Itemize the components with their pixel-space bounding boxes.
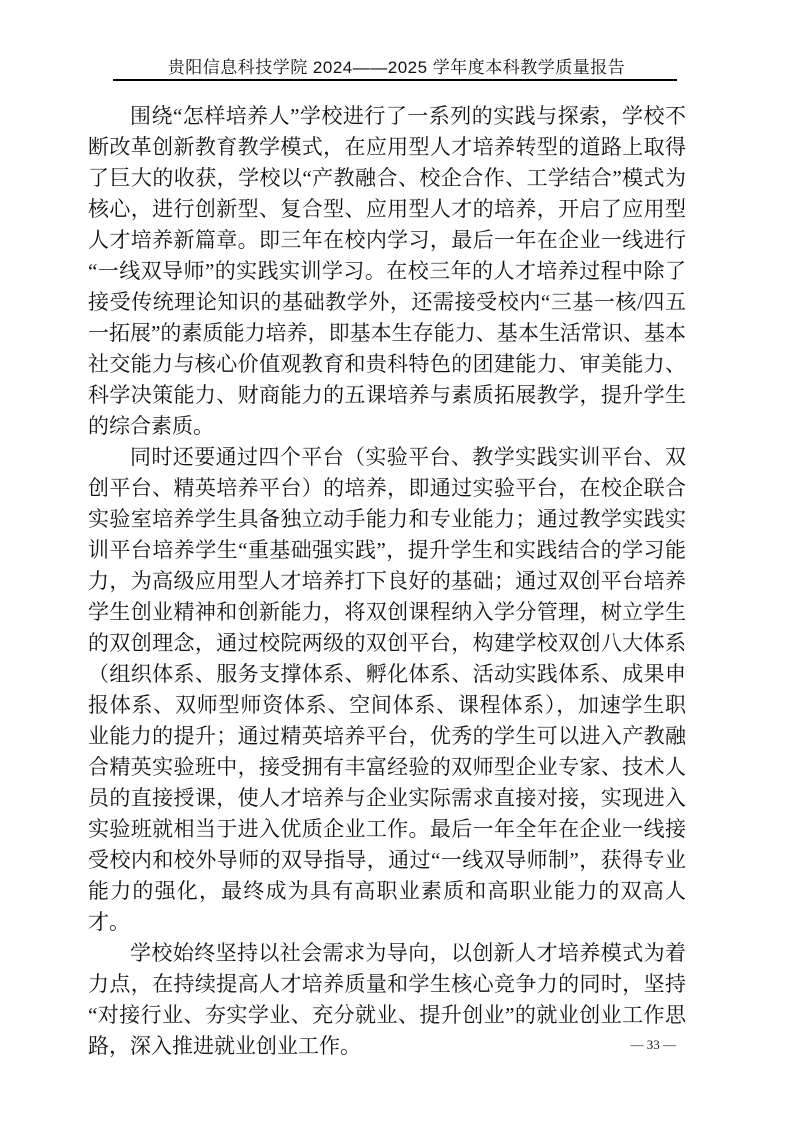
- body-paragraph-1: 围绕“怎样培养人”学校进行了一系列的实践与探索，学校不断改革创新教育教学模式，在…: [88, 101, 686, 442]
- body-paragraph-2: 同时还要通过四个平台（实验平台、教学实践实训平台、双创平台、精英培养平台）的培养…: [88, 442, 686, 938]
- body-paragraph-3: 学校始终坚持以社会需求为导向，以创新人才培养模式为着力点，在持续提高人才培养质量…: [88, 938, 686, 1062]
- header-divider: [113, 79, 677, 81]
- document-page: 贵阳信息科技学院 2024——2025 学年度本科教学质量报告 围绕“怎样培养人…: [0, 0, 793, 1122]
- page-header-title: 贵阳信息科技学院 2024——2025 学年度本科教学质量报告: [0, 53, 793, 78]
- page-number: — 33 —: [631, 1037, 677, 1053]
- document-body: 围绕“怎样培养人”学校进行了一系列的实践与探索，学校不断改革创新教育教学模式，在…: [88, 101, 686, 1062]
